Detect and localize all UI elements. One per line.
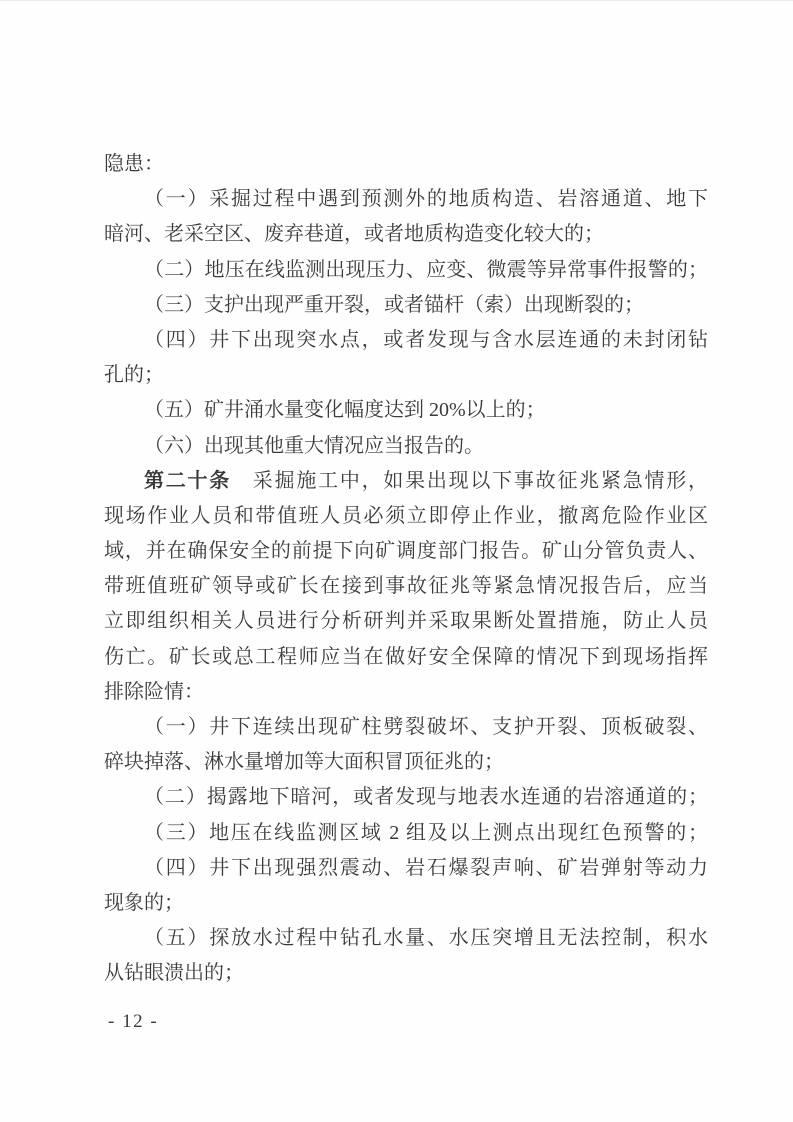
text-line: （一）井下连续出现矿柱劈裂破坏、支护开裂、顶板破裂、	[104, 710, 708, 745]
text-line: （二）地压在线监测出现压力、应变、微震等异常事件报警的；	[104, 253, 708, 288]
text-line: （四）井下出现突水点，或者发现与含水层连通的未封闭钻	[104, 323, 708, 358]
text-line: 立即组织相关人员进行分析研判并采取果断处置措施，防止人员	[104, 604, 708, 639]
document-page: 隐患： （一）采掘过程中遇到预测外的地质构造、岩溶通道、地下 暗河、老采空区、废…	[0, 0, 793, 1122]
text-line: 碎块掉落、淋水量增加等大面积冒顶征兆的；	[104, 745, 708, 780]
text-line: 域，并在确保安全的前提下向矿调度部门报告。矿山分管负责人、	[104, 534, 708, 569]
text-line: 暗河、老采空区、废弃巷道，或者地质构造变化较大的；	[104, 217, 708, 252]
page-number: - 12 -	[108, 1011, 158, 1033]
article-lead-text: 采掘施工中，如果出现以下事故征兆紧急情形，	[231, 470, 708, 492]
text-line: 现象的；	[104, 886, 708, 921]
text-line: （二）揭露地下暗河，或者发现与地表水连通的岩溶通道的；	[104, 780, 708, 815]
text-line: 孔的；	[104, 358, 708, 393]
text-line: （五）矿井涌水量变化幅度达到 20%以上的；	[104, 393, 708, 428]
text-line: 伤亡。矿长或总工程师应当在做好安全保障的情况下到现场指挥	[104, 640, 708, 675]
text-line: （三）地压在线监测区域 2 组及以上测点出现红色预警的；	[104, 816, 708, 851]
text-line: （五）探放水过程中钻孔水量、水压突增且无法控制，积水	[104, 921, 708, 956]
text-line: 排除险情：	[104, 675, 708, 710]
text-line: 隐患：	[104, 147, 708, 182]
text-line: （六）出现其他重大情况应当报告的。	[104, 429, 708, 464]
text-line: 现场作业人员和带值班人员必须立即停止作业，撤离危险作业区	[104, 499, 708, 534]
text-line: 从钻眼溃出的；	[104, 956, 708, 991]
text-body: 隐患： （一）采掘过程中遇到预测外的地质构造、岩溶通道、地下 暗河、老采空区、废…	[104, 147, 708, 992]
article-number: 第二十条	[144, 470, 231, 492]
text-line: 第二十条 采掘施工中，如果出现以下事故征兆紧急情形，	[104, 464, 708, 499]
text-line: 带班值班矿领导或矿长在接到事故征兆等紧急情况报告后，应当	[104, 569, 708, 604]
text-line: （四）井下出现强烈震动、岩石爆裂声响、矿岩弹射等动力	[104, 851, 708, 886]
text-line: （三）支护出现严重开裂，或者锚杆（索）出现断裂的；	[104, 288, 708, 323]
text-line: （一）采掘过程中遇到预测外的地质构造、岩溶通道、地下	[104, 182, 708, 217]
